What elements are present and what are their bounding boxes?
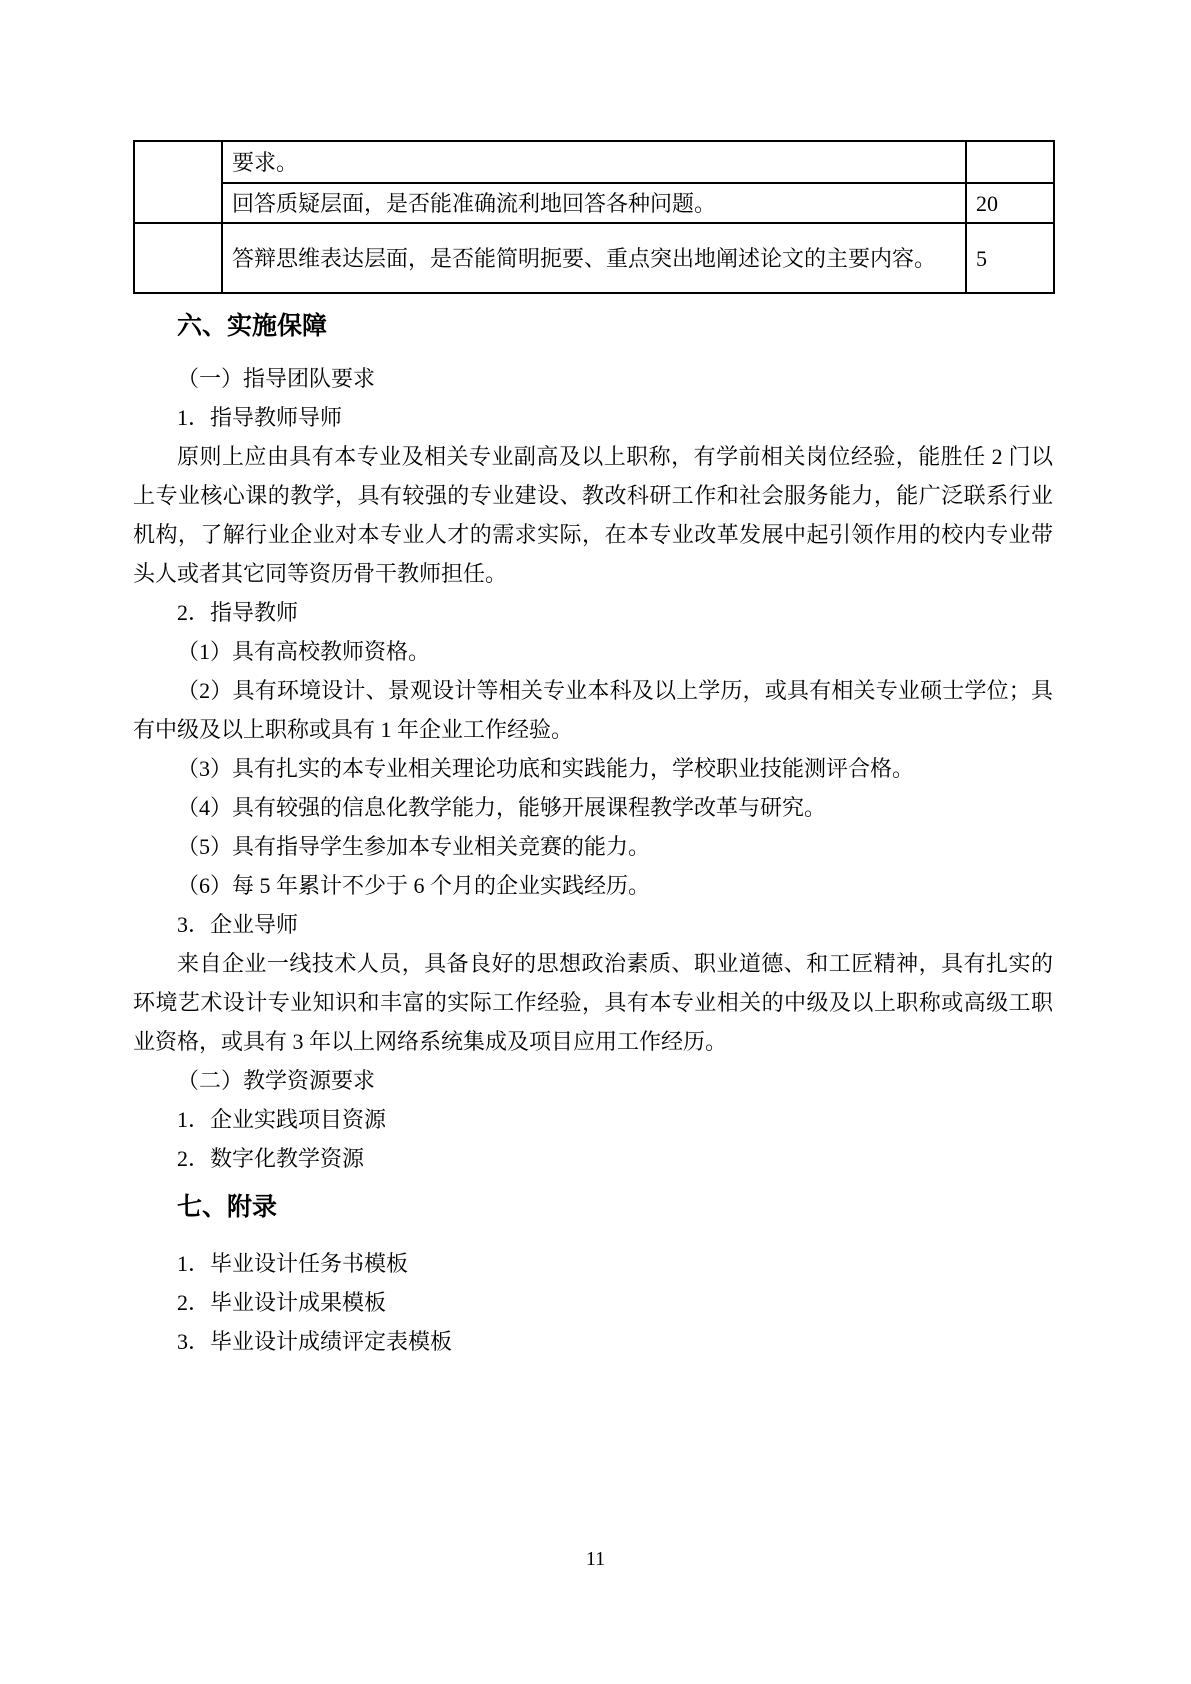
paragraph-enterprise-mentor-requirements: 来自企业一线技术人员，具备良好的思想政治素质、职业道德、和工匠精神，具有扎实的环… [133, 944, 1053, 1061]
section-heading-implementation-support: 六、实施保障 [133, 307, 1053, 345]
table-row: 答辩思维表达层面，是否能简明扼要、重点突出地阐述论文的主要内容。 5 [134, 223, 1054, 293]
list-item-guidance-teacher: 2．指导教师 [133, 593, 1053, 632]
list-item-requirement-5: （5）具有指导学生参加本专业相关竞赛的能力。 [133, 827, 1053, 866]
table-row: 回答质疑层面，是否能准确流利地回答各种问题。 20 [134, 183, 1054, 223]
list-item-appendix-2: 2．毕业设计成果模板 [133, 1283, 1053, 1322]
table-cell-score: 20 [966, 183, 1054, 223]
list-item-enterprise-project-resources: 1．企业实践项目资源 [133, 1100, 1053, 1139]
table-cell-score: 5 [966, 223, 1054, 293]
table-cell-criteria: 要求。 [222, 141, 966, 183]
table-cell-category [134, 223, 222, 293]
table-row: 要求。 [134, 141, 1054, 183]
sub-heading-guidance-team: （一）指导团队要求 [133, 359, 1053, 398]
list-item-enterprise-mentor: 3．企业导师 [133, 905, 1053, 944]
table-cell-score [966, 141, 1054, 183]
list-item-requirement-1: （1）具有高校教师资格。 [133, 632, 1053, 671]
list-item-mentor-teacher: 1．指导教师导师 [133, 398, 1053, 437]
list-item-requirement-4: （4）具有较强的信息化教学能力，能够开展课程教学改革与研究。 [133, 788, 1053, 827]
score-table: 要求。 回答质疑层面，是否能准确流利地回答各种问题。 20 答辩思维表达层面，是… [133, 140, 1055, 294]
list-item-appendix-1: 1．毕业设计任务书模板 [133, 1244, 1053, 1283]
paragraph-mentor-requirements: 原则上应由具有本专业及相关专业副高及以上职称，有学前相关岗位经验，能胜任 2 门… [133, 437, 1053, 593]
list-item-requirement-6: （6）每 5 年累计不少于 6 个月的企业实践经历。 [133, 866, 1053, 905]
table-cell-criteria: 答辩思维表达层面，是否能简明扼要、重点突出地阐述论文的主要内容。 [222, 223, 966, 293]
document-page: 要求。 回答质疑层面，是否能准确流利地回答各种问题。 20 答辩思维表达层面，是… [133, 140, 1053, 1361]
sub-heading-teaching-resources: （二）教学资源要求 [133, 1061, 1053, 1100]
section-heading-appendix: 七、附录 [133, 1188, 1053, 1226]
paragraph-requirement-2: （2）具有环境设计、景观设计等相关专业本科及以上学历，或具有相关专业硕士学位；具… [133, 671, 1053, 749]
list-item-requirement-3: （3）具有扎实的本专业相关理论功底和实践能力，学校职业技能测评合格。 [133, 749, 1053, 788]
page-number: 11 [0, 1548, 1191, 1571]
table-cell-category [134, 141, 222, 223]
table-cell-criteria: 回答质疑层面，是否能准确流利地回答各种问题。 [222, 183, 966, 223]
list-item-digital-teaching-resources: 2．数字化教学资源 [133, 1139, 1053, 1178]
list-item-appendix-3: 3．毕业设计成绩评定表模板 [133, 1322, 1053, 1361]
